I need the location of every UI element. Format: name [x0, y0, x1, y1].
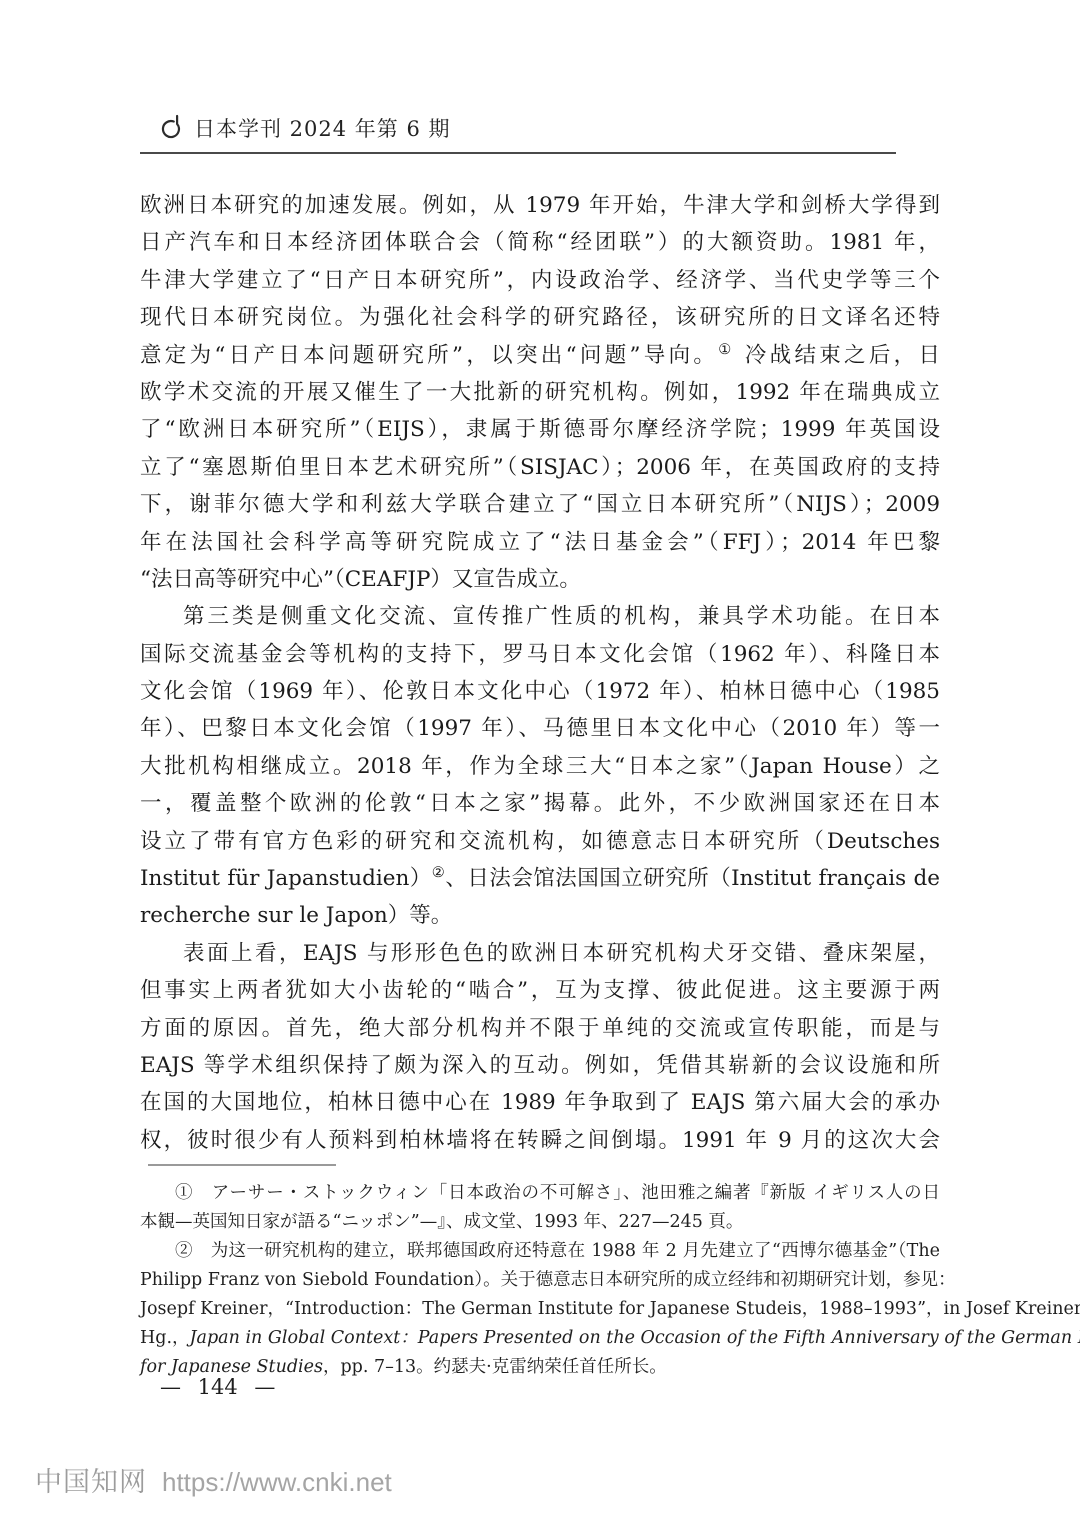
- footnote-line: 本観—英国知日家が語る“ニッポン”—』、成文堂、1993 年、227—245 頁…: [140, 1208, 940, 1237]
- footnotes: ① アーサー・ストックウィン「日本政治の不可解さ」、池田雅之編著『新版 イギリス…: [140, 1179, 940, 1382]
- body-line: 在国的大国地位，柏林日德中心在 1989 年争取到了 EAJS 第六届大会的承办: [140, 1084, 940, 1121]
- cnki-url: https://www.cnki.net: [162, 1467, 392, 1498]
- paragraph-3: 表面上看，EAJS 与形形色色的欧洲日本研究机构犬牙交错、叠床架屋， 但事实上两…: [140, 935, 940, 1159]
- body-text: 意定为“日产日本问题研究所”，以突出“问题”导向。: [140, 343, 718, 368]
- body-line: 立了“塞恩斯伯里日本艺术研究所”（SISJAC）；2006 年，在英国政府的支持: [140, 449, 940, 486]
- paragraph-1: 欧洲日本研究的加速发展。例如，从 1979 年开始，牛津大学和剑桥大学得到 日产…: [140, 187, 940, 598]
- body-text: 冷战结束之后，日: [735, 343, 940, 368]
- article-body: 欧洲日本研究的加速发展。例如，从 1979 年开始，牛津大学和剑桥大学得到 日产…: [140, 187, 940, 1159]
- body-line: 但事实上两者犹如大小齿轮的“啮合”，互为支撑、彼此促进。这主要源于两: [140, 972, 940, 1009]
- body-line: 第三类是侧重文化交流、宣传推广性质的机构，兼具学术功能。在日本: [140, 598, 940, 635]
- body-line: 权，彼时很少有人预料到柏林墙将在转瞬之间倒塌。1991 年 9 月的这次大会: [140, 1122, 940, 1159]
- body-line: 年在法国社会科学高等研究院成立了“法日基金会”（FFJ）；2014 年巴黎: [140, 524, 940, 561]
- footnote-ref-2: ②: [432, 864, 446, 881]
- cnki-site-name: 中国知网: [35, 1460, 147, 1499]
- header-divider: [140, 152, 896, 154]
- body-line: 了“欧洲日本研究所”（EIJS），隶属于斯德哥尔摩经济学院；1999 年英国设: [140, 411, 940, 448]
- book-title-italic: for Japanese Studies: [140, 1357, 323, 1377]
- journal-title: 日本学刊 2024 年第 6 期: [194, 113, 451, 143]
- book-title-italic: Japan in Global Context：Papers Presented…: [190, 1328, 1080, 1348]
- body-line: 现代日本研究岗位。为强化社会科学的研究路径，该研究所的日文译名还特: [140, 299, 940, 336]
- footnote-line: Hg.，Japan in Global Context：Papers Prese…: [140, 1324, 940, 1353]
- body-line: 年）、巴黎日本文化会馆（1997 年）、马德里日本文化中心（2010 年）等一: [140, 710, 940, 747]
- footnote-text: Hg.，: [140, 1328, 190, 1348]
- cnki-watermark: 中国知网 https://www.cnki.net: [35, 1460, 392, 1499]
- journal-header: 日本学刊 2024 年第 6 期: [158, 113, 451, 143]
- body-line: 欧学术交流的开展又催生了一大批新的研究机构。例如，1992 年在瑞典成立: [140, 374, 940, 411]
- body-text: 、日法会馆法国国立研究所（Institut français de: [445, 866, 940, 891]
- body-line: 设立了带有官方色彩的研究和交流机构，如德意志日本研究所（Deutsches: [140, 823, 940, 860]
- body-line: 下，谢菲尔德大学和利兹大学联合建立了“国立日本研究所”（NIJS）；2009: [140, 486, 940, 523]
- footnote-2: ② 为这一研究机构的建立，联邦德国政府还特意在 1988 年 2 月先建立了“西…: [140, 1237, 940, 1382]
- body-line: recherche sur le Japon）等。: [140, 897, 940, 934]
- footnote-line: ① アーサー・ストックウィン「日本政治の不可解さ」、池田雅之編著『新版 イギリス…: [140, 1179, 940, 1208]
- body-line: “法日高等研究中心”（CEAFJP）又宣告成立。: [140, 561, 940, 598]
- journal-logo-icon: [158, 113, 184, 143]
- body-line: 表面上看，EAJS 与形形色色的欧洲日本研究机构犬牙交错、叠床架屋，: [140, 935, 940, 972]
- body-line: EAJS 等学术组织保持了颇为深入的互动。例如，凭借其崭新的会议设施和所: [140, 1047, 940, 1084]
- footnote-line: Philipp Franz von Siebold Foundation）。关于…: [140, 1266, 940, 1295]
- document-page: 日本学刊 2024 年第 6 期 欧洲日本研究的加速发展。例如，从 1979 年…: [0, 0, 1080, 1527]
- body-line: 大批机构相继成立。2018 年，作为全球三大“日本之家”（Japan House…: [140, 748, 940, 785]
- body-text: Institut für Japanstudien）: [140, 866, 432, 891]
- body-line: 日产汽车和日本经济团体联合会（简称“经团联”）的大额资助。1981 年，: [140, 224, 940, 261]
- body-line: 方面的原因。首先，绝大部分机构并不限于单纯的交流或宣传职能，而是与: [140, 1010, 940, 1047]
- footnote-ref-1: ①: [718, 340, 734, 357]
- footnote-line: Josepf Kreiner，“Introduction：The German …: [140, 1295, 940, 1324]
- paragraph-2: 第三类是侧重文化交流、宣传推广性质的机构，兼具学术功能。在日本 国际交流基金会等…: [140, 598, 940, 935]
- body-line: 意定为“日产日本问题研究所”，以突出“问题”导向。① 冷战结束之后，日: [140, 337, 940, 374]
- body-line: 文化会馆（1969 年）、伦敦日本文化中心（1972 年）、柏林日德中心（198…: [140, 673, 940, 710]
- page-number: — 144 —: [160, 1375, 275, 1399]
- footnote-line: ② 为这一研究机构的建立，联邦德国政府还特意在 1988 年 2 月先建立了“西…: [140, 1237, 940, 1266]
- body-line: 国际交流基金会等机构的支持下，罗马日本文化会馆（1962 年）、科隆日本: [140, 636, 940, 673]
- body-line: Institut für Japanstudien）②、日法会馆法国国立研究所（…: [140, 860, 940, 897]
- body-line: 欧洲日本研究的加速发展。例如，从 1979 年开始，牛津大学和剑桥大学得到: [140, 187, 940, 224]
- footnote-divider: [148, 1164, 336, 1166]
- body-line: 一，覆盖整个欧洲的伦敦“日本之家”揭幕。此外，不少欧洲国家还在日本: [140, 785, 940, 822]
- footnote-text: ，pp. 7–13。约瑟夫·克雷纳荣任首任所长。: [323, 1357, 667, 1377]
- footnote-1: ① アーサー・ストックウィン「日本政治の不可解さ」、池田雅之編著『新版 イギリス…: [140, 1179, 940, 1237]
- body-line: 牛津大学建立了“日产日本研究所”，内设政治学、经济学、当代史学等三个: [140, 262, 940, 299]
